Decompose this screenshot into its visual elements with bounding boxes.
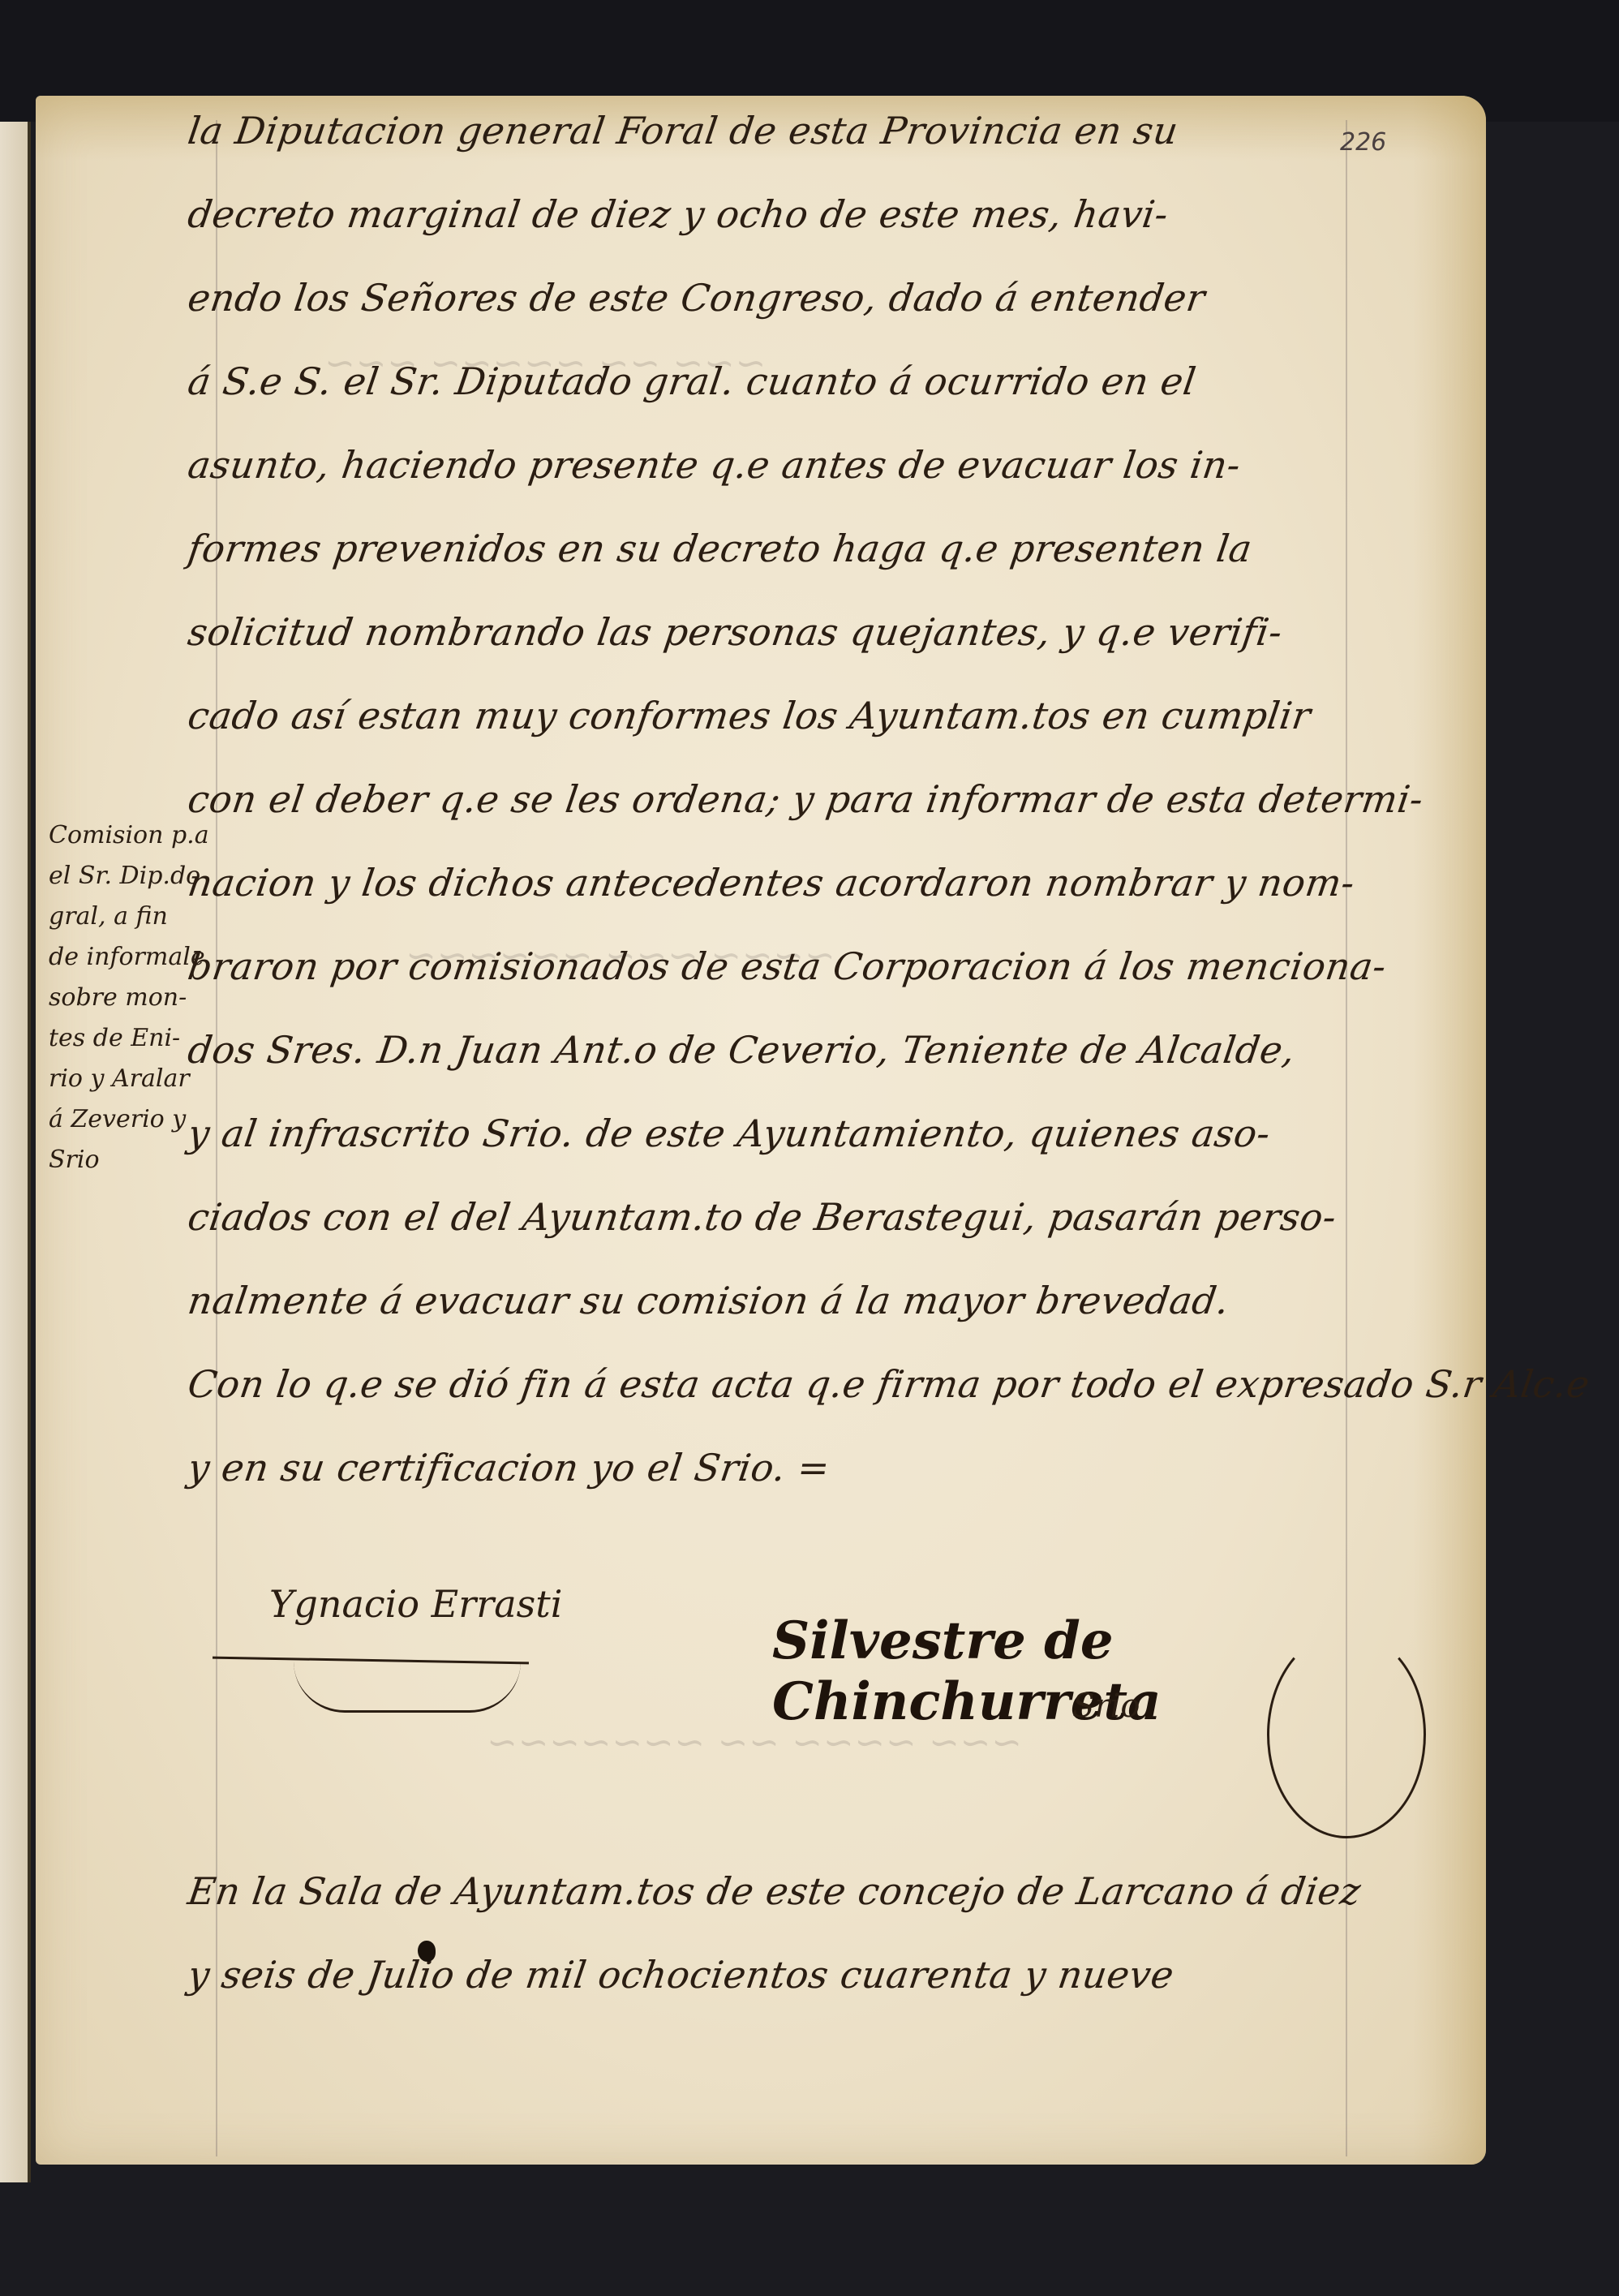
signature-alcalde: Ygnacio Errasti <box>269 1582 562 1626</box>
text-line: formes prevenidos en su decreto haga q.e… <box>183 507 1451 591</box>
text-line: dos Sres. D.n Juan Ant.o de Ceverio, Ten… <box>183 1008 1451 1092</box>
text-line: la Diputacion general Foral de esta Prov… <box>183 89 1451 173</box>
marginal-note-line: á Zeverio y <box>49 1099 211 1140</box>
body-text: la Diputacion general Foral de esta Prov… <box>188 89 1445 1510</box>
text-line: En la Sala de Ayuntam.tos de este concej… <box>183 1850 1459 1933</box>
marginal-note-line: tes de Eni- <box>49 1018 211 1059</box>
text-line: y al infrascrito Srio. de este Ayuntamie… <box>183 1092 1451 1176</box>
marginal-note-line: rio y Aralar <box>49 1059 211 1099</box>
signature-block: Ygnacio Errasti Silvestre de Chinchurret… <box>188 1566 1445 1834</box>
text-line: braron por comisionados de esta Corporac… <box>183 925 1451 1008</box>
text-line: y seis de Julio de mil ochocientos cuare… <box>183 1933 1459 2017</box>
text-line: cado así estan muy conformes los Ayuntam… <box>183 674 1451 758</box>
text-line: solicitud nombrando las personas quejant… <box>183 591 1451 674</box>
text-line: decreto marginal de diez y ocho de este … <box>183 173 1451 256</box>
signature-secretary-title: Srio <box>1072 1688 1140 1725</box>
marginal-note-line: Srio <box>49 1140 211 1180</box>
ink-blot <box>418 1941 436 1962</box>
text-line: con el deber q.e se les ordena; y para i… <box>183 758 1451 841</box>
previous-page-edge <box>0 122 31 2182</box>
marginal-note-line: gral, a fin <box>49 896 211 937</box>
text-line: endo los Señores de este Congreso, dado … <box>183 256 1451 340</box>
text-line: ciados con el del Ayuntam.to de Berasteg… <box>183 1176 1451 1259</box>
marginal-note-line: de informale <box>49 937 211 978</box>
closing-text: En la Sala de Ayuntam.tos de este concej… <box>188 1850 1454 2017</box>
text-line: á S.e S. el Sr. Diputado gral. cuanto á … <box>183 340 1451 424</box>
marginal-note-line: sobre mon- <box>49 978 211 1018</box>
text-line: nacion y los dichos antecedentes acordar… <box>183 841 1451 925</box>
signature-flourish <box>294 1662 521 1713</box>
text-line: Con lo q.e se dió fin á esta acta q.e fi… <box>183 1343 1451 1426</box>
text-line: nalmente á evacuar su comision á la mayo… <box>183 1259 1451 1343</box>
marginal-note: Comision p.a el Sr. Dip.do gral, a fin d… <box>49 815 211 1180</box>
text-line: y en su certificacion yo el Srio. = <box>183 1426 1451 1510</box>
marginal-note-line: Comision p.a <box>49 815 211 856</box>
text-line: asunto, haciendo presente q.e antes de e… <box>183 424 1451 507</box>
rubric-flourish <box>1267 1631 1426 1838</box>
marginal-note-line: el Sr. Dip.do <box>49 856 211 896</box>
